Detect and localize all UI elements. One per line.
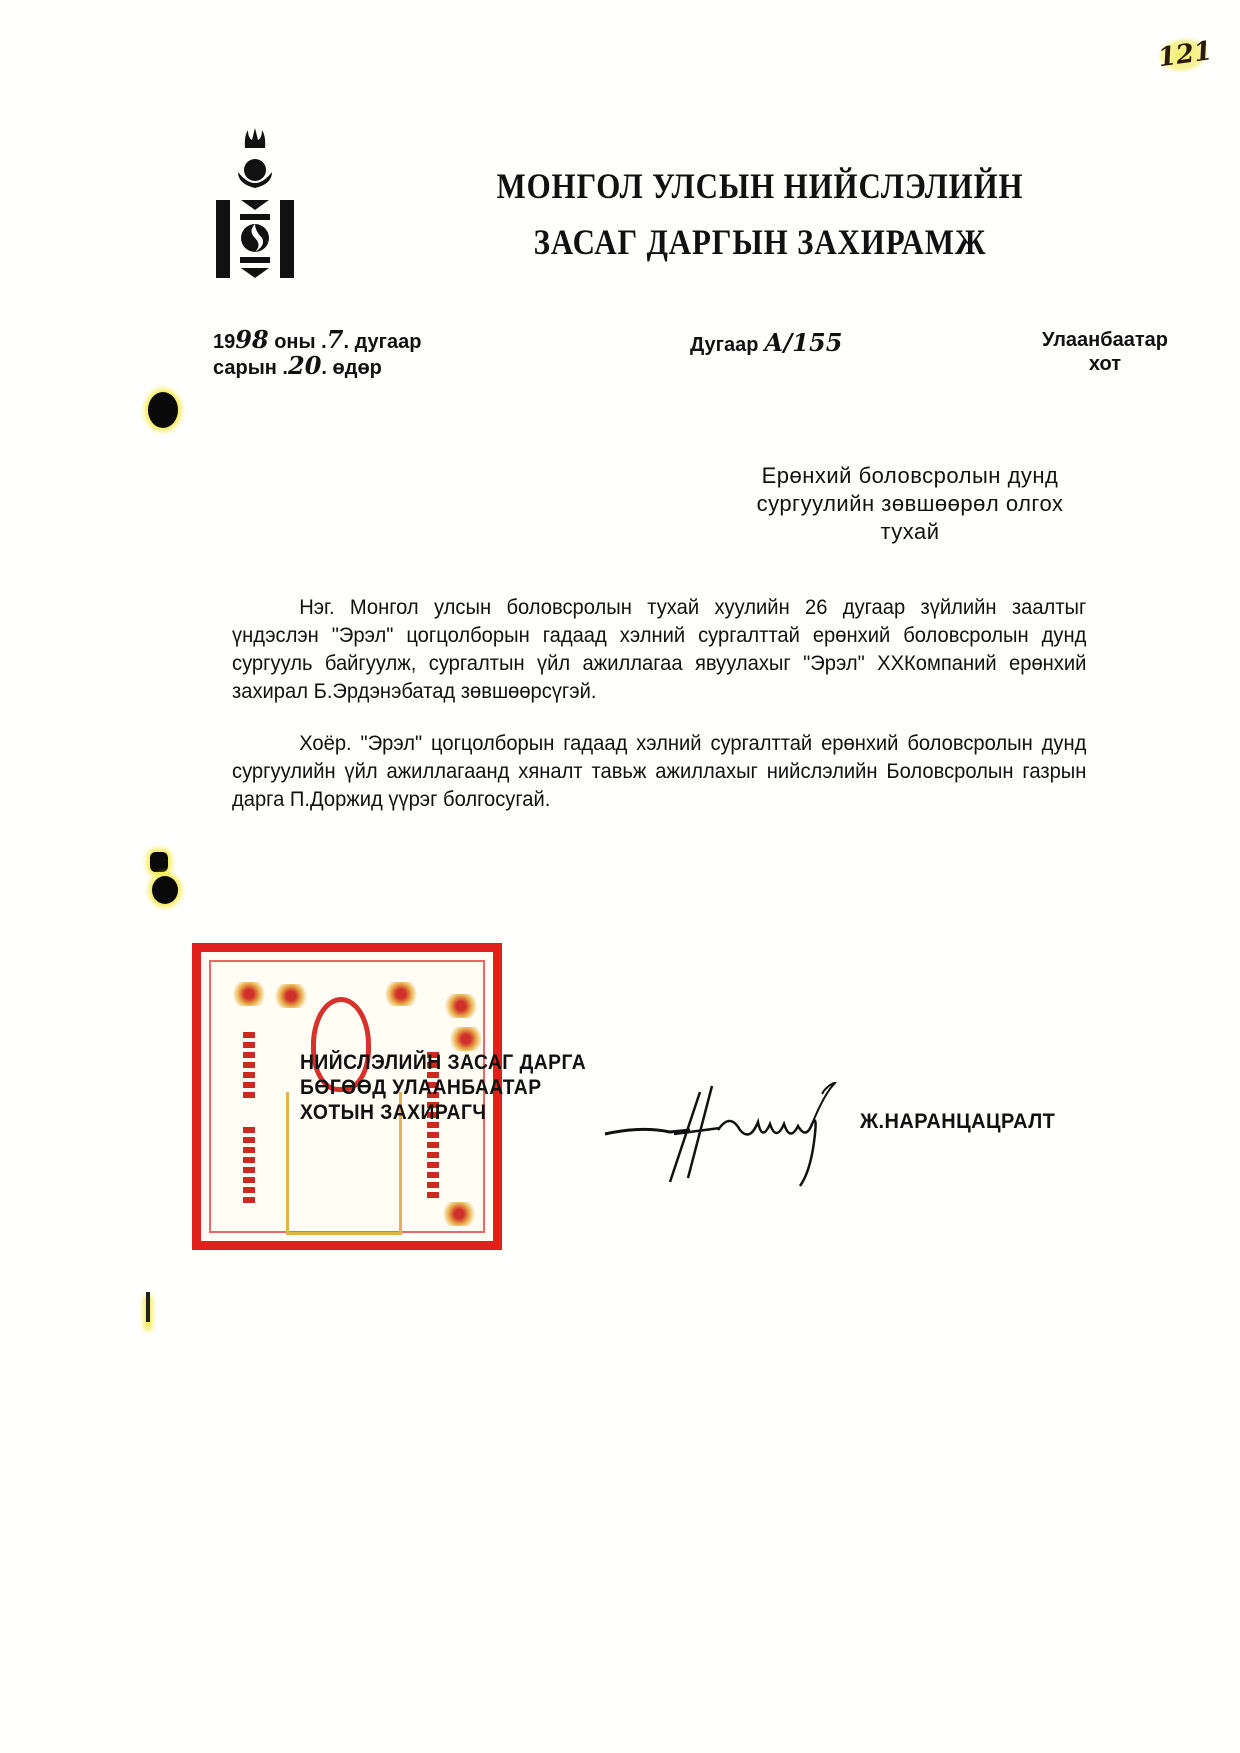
city-suffix: хот: [1030, 352, 1180, 376]
document-body: Нэг. Монгол улсын боловсролын тухай хуул…: [232, 594, 1086, 838]
year-suffix: оны: [274, 331, 315, 353]
month-suffix: дугаар: [355, 331, 422, 353]
subject-line-2: сургуулийн зөвшөөрөл олгох: [700, 490, 1120, 518]
signatory-line-1: НИЙСЛЭЛИЙН ЗАСАГ ДАРГА: [300, 1050, 586, 1075]
stamp-ornament-icon: [439, 1202, 479, 1226]
title-line-1: МОНГОЛ УЛСЫН НИЙСЛЭЛИЙН: [485, 158, 1035, 214]
day-suffix: өдөр: [333, 357, 382, 379]
day-prefix: сарын: [213, 357, 277, 379]
stamp-ornament-icon: [441, 994, 481, 1018]
date-block: 1998 оны .7. дугаар сарын .20. өдөр: [213, 328, 421, 380]
stamp-ornament-icon: [229, 982, 269, 1006]
punch-hole-mark: [148, 392, 178, 428]
stamp-ornament-icon: [446, 1027, 486, 1051]
signatory-title: НИЙСЛЭЛИЙН ЗАСАГ ДАРГА БӨГӨӨД УЛААНБААТА…: [300, 1050, 586, 1125]
subject-heading: Ерөнхий боловсролын дунд сургуулийн зөвш…: [700, 462, 1120, 546]
month-handwritten: 7: [327, 325, 344, 354]
paragraph-2: Хоёр. "Эрэл" цогцолборын гадаад хэлний с…: [232, 730, 1086, 814]
mongolian-script-left: [243, 1032, 255, 1102]
signer-name: Ж.НАРАНЦАЦРАЛТ: [860, 1110, 1055, 1134]
mongolia-state-emblem-icon: [214, 128, 296, 280]
number-handwritten: А/155: [764, 328, 842, 357]
document-number: Дугаар А/155: [690, 328, 842, 357]
title-line-2: ЗАСАГ ДАРГЫН ЗАХИРАМЖ: [485, 214, 1035, 270]
stamp-ornament-icon: [381, 982, 421, 1006]
day-handwritten: 20: [288, 351, 321, 380]
punch-hole-mark: [146, 1292, 150, 1322]
signatory-line-3: ХОТЫН ЗАХИРАГЧ: [300, 1100, 586, 1125]
number-label: Дугаар: [690, 334, 758, 356]
year-prefix: 19: [213, 331, 235, 353]
page-number: 121: [1156, 35, 1210, 76]
signatory-line-2: БӨГӨӨД УЛААНБААТАР: [300, 1075, 586, 1100]
punch-hole-mark: [152, 876, 178, 904]
subject-line-1: Ерөнхий боловсролын дунд: [700, 462, 1120, 490]
punch-hole-mark: [150, 852, 168, 872]
document-title: МОНГОЛ УЛСЫН НИЙСЛЭЛИЙН ЗАСАГ ДАРГЫН ЗАХ…: [485, 158, 1035, 270]
mongolian-script-left: [243, 1127, 255, 1207]
subject-line-3: тухай: [700, 518, 1120, 546]
handwritten-signature: [600, 1082, 870, 1192]
city-name: Улаанбаатар: [1030, 328, 1180, 352]
paragraph-1: Нэг. Монгол улсын боловсролын тухай хуул…: [232, 594, 1086, 706]
city-block: Улаанбаатар хот: [1030, 328, 1180, 376]
year-handwritten: 98: [235, 325, 268, 354]
stamp-ornament-icon: [271, 984, 311, 1008]
